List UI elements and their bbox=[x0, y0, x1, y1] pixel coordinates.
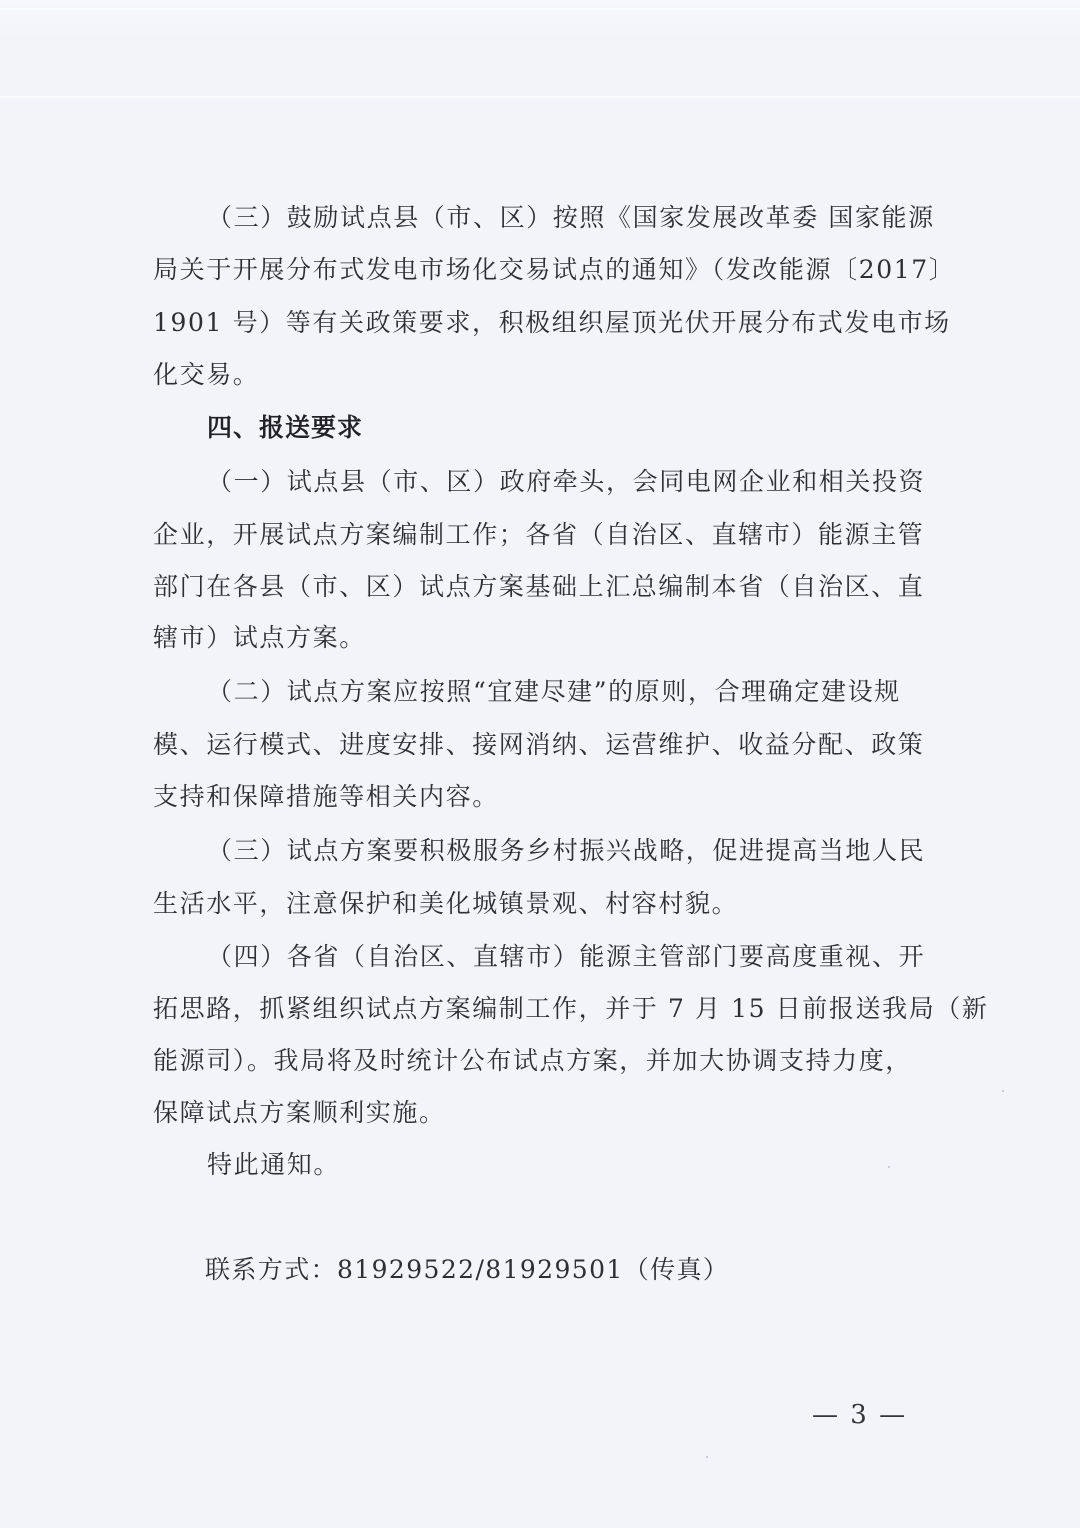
contact-info: 联系方式：81929522/81929501（传真） bbox=[205, 1250, 729, 1290]
closing-line: 特此通知。 bbox=[207, 1145, 959, 1185]
text-line: （四）各省（自治区、直辖市）能源主管部门要高度重视、开 bbox=[207, 937, 925, 977]
paragraph-line: 化交易。 bbox=[153, 355, 959, 395]
text-line: 能源司）。我局将及时统计公布试点方案，并加大协调支持力度， bbox=[153, 1041, 912, 1081]
text-line: 1901 号）等有关政策要求，积极组织屋顶光伏开展分布式发电市场 bbox=[153, 303, 951, 343]
text-line: 部门在各县（市、区）试点方案基础上汇总编制本省（自治区、直 bbox=[153, 567, 924, 607]
paragraph-line: （一）试点县（市、区）政府牵头，会同电网企业和相关投资 bbox=[207, 462, 959, 502]
text-line: 拓思路，抓紧组织试点方案编制工作，并于 7 月 15 日前报送我局（新 bbox=[153, 989, 989, 1029]
scan-speck bbox=[888, 1166, 890, 1168]
paragraph-line: 辖市）试点方案。 bbox=[153, 618, 959, 658]
paragraph-line: 能源司）。我局将及时统计公布试点方案，并加大协调支持力度， bbox=[153, 1041, 959, 1081]
scan-artifact bbox=[0, 8, 1080, 10]
text-line: 生活水平，注意保护和美化城镇景观、村容村貌。 bbox=[153, 884, 738, 924]
text-line: 保障试点方案顺利实施。 bbox=[153, 1093, 446, 1133]
text-line: （三）试点方案要积极服务乡村振兴战略，促进提高当地人民 bbox=[207, 831, 925, 871]
text-line: 局关于开展分布式发电市场化交易试点的通知》（发改能源〔2017〕 bbox=[153, 250, 955, 290]
text-line: （二）试点方案应按照“宜建尽建”的原则，合理确定建设规 bbox=[207, 672, 901, 712]
text-line: （三）鼓励试点县（市、区）按照《国家发展改革委 国家能源 bbox=[207, 198, 935, 238]
paragraph-line: （三）试点方案要积极服务乡村振兴战略，促进提高当地人民 bbox=[207, 831, 959, 871]
paragraph-line: 部门在各县（市、区）试点方案基础上汇总编制本省（自治区、直 bbox=[153, 567, 959, 607]
paragraph-line: 支持和保障措施等相关内容。 bbox=[153, 777, 959, 817]
paragraph-line: 企业，开展试点方案编制工作；各省（自治区、直辖市）能源主管 bbox=[153, 515, 959, 555]
paragraph-line: 局关于开展分布式发电市场化交易试点的通知》（发改能源〔2017〕 bbox=[153, 250, 959, 290]
scan-speck bbox=[706, 1456, 708, 1458]
paragraph-line: （四）各省（自治区、直辖市）能源主管部门要高度重视、开 bbox=[207, 937, 959, 977]
paragraph-line: （三）鼓励试点县（市、区）按照《国家发展改革委 国家能源 bbox=[207, 198, 959, 238]
text-line: （一）试点县（市、区）政府牵头，会同电网企业和相关投资 bbox=[207, 462, 925, 502]
text-line: 辖市）试点方案。 bbox=[153, 618, 366, 658]
text-line: 模、运行模式、进度安排、接网消纳、运营维护、收益分配、政策 bbox=[153, 725, 924, 765]
paragraph-line: （二）试点方案应按照“宜建尽建”的原则，合理确定建设规 bbox=[207, 672, 959, 712]
text-line: 支持和保障措施等相关内容。 bbox=[153, 777, 499, 817]
section-heading: 四、报送要求 bbox=[207, 408, 363, 448]
scan-speck bbox=[1002, 1090, 1004, 1092]
paragraph-line: 生活水平，注意保护和美化城镇景观、村容村貌。 bbox=[153, 884, 959, 924]
scan-artifact bbox=[0, 96, 1080, 98]
document-page: （三）鼓励试点县（市、区）按照《国家发展改革委 国家能源 局关于开展分布式发电市… bbox=[0, 0, 1080, 1528]
text-line: 企业，开展试点方案编制工作；各省（自治区、直辖市）能源主管 bbox=[153, 515, 924, 555]
paragraph-line: 1901 号）等有关政策要求，积极组织屋顶光伏开展分布式发电市场 bbox=[153, 303, 959, 343]
page-number: — 3 — bbox=[812, 1395, 907, 1435]
text-line: 化交易。 bbox=[153, 355, 259, 395]
paragraph-line: 保障试点方案顺利实施。 bbox=[153, 1093, 959, 1133]
closing-text: 特此通知。 bbox=[207, 1145, 340, 1185]
paragraph-line: 模、运行模式、进度安排、接网消纳、运营维护、收益分配、政策 bbox=[153, 725, 959, 765]
paragraph-line: 拓思路，抓紧组织试点方案编制工作，并于 7 月 15 日前报送我局（新 bbox=[153, 989, 959, 1029]
